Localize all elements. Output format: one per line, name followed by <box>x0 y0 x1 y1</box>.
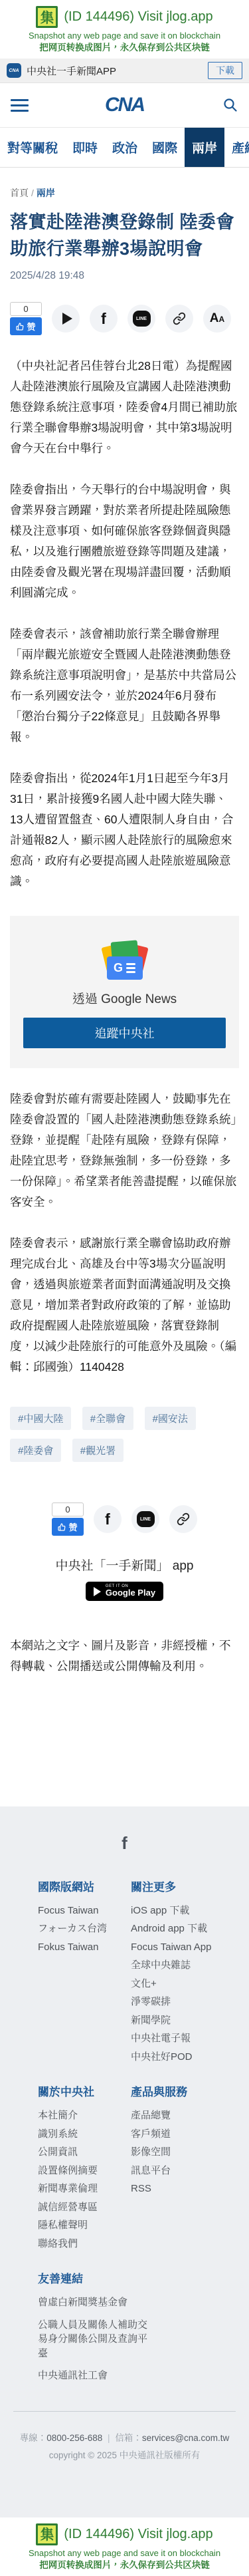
footer-section-title: 友善連結 <box>38 2269 154 2286</box>
thumb-up-icon <box>58 1523 66 1531</box>
footer-link[interactable]: フォーカス台湾 <box>38 1922 131 1936</box>
app-promo-heading: 中央社「一手新聞」 app <box>10 1556 239 1574</box>
google-news-icon: G <box>103 941 147 980</box>
footer-columns: 國際版網站 Focus Taiwan フォーカス台湾 Fokus Taiwan … <box>0 1863 249 2391</box>
follow-cna-button[interactable]: 追蹤中央社 <box>23 1018 226 1048</box>
email-address[interactable]: services@cna.com.tw <box>142 2433 230 2443</box>
article-paragraph: 陸委會表示，該會補助旅行業全聯會辦理「兩岸觀光旅遊安全暨國人赴陸港澳動態登錄系統… <box>10 624 239 748</box>
footer-link[interactable]: 全球中央雜誌 <box>131 1958 249 1973</box>
jlog-subtitle-en: Snapshot any web page and save it on blo… <box>0 31 249 42</box>
footer-link[interactable]: 產品總覽 <box>131 2108 249 2123</box>
article-date: 2025/4/28 19:48 <box>10 270 239 282</box>
font-size-button[interactable]: AA <box>203 305 231 333</box>
site-footer: f 國際版網站 Focus Taiwan フォーカス台湾 Fokus Taiwa… <box>0 1806 249 2517</box>
nav-item-business[interactable]: 產經 <box>224 128 249 167</box>
footer-copyright: copyright © 2025 中央通訊社版權所有 <box>0 2448 249 2461</box>
line-icon: LINE <box>133 311 151 327</box>
nav-item-tariff[interactable]: 對等關稅 <box>0 128 65 167</box>
like-button[interactable]: 赞 <box>52 1518 84 1536</box>
menu-icon[interactable] <box>11 96 29 115</box>
article-paragraph: 陸委會對於確有需要赴陸國人，鼓勵事先在陸委會設置的「國人赴陸港澳動態登錄系統」登… <box>10 1089 239 1213</box>
footer-section-title: 產品與服務 <box>131 2082 249 2099</box>
facebook-icon: f <box>105 1510 110 1528</box>
font-size-icon: AA <box>210 311 224 326</box>
primary-nav: 對等關稅 即時 政治 國際 兩岸 產經 <box>0 127 249 168</box>
article-paragraph: 陸委會表示，感謝旅行業全聯會協助政府辦理完成台北、高雄及台中等3場次分區說明會，… <box>10 1233 239 1377</box>
footer-link[interactable]: Android app 下載 <box>131 1922 249 1936</box>
footer-section-products: 產品與服務 產品總覽 客戶頻道 影像空間 訊息平台 RSS <box>131 2082 249 2255</box>
footer-link[interactable]: iOS app 下載 <box>131 1904 249 1918</box>
jlog-subtitle-zh: 把网页转换成图片，永久保存到公共区块链 <box>0 42 249 54</box>
app-download-button[interactable]: 下載 <box>208 62 242 79</box>
footer-link[interactable]: 中央通訊社工會 <box>38 2368 154 2383</box>
breadcrumb: 首頁/兩岸 <box>10 186 239 200</box>
footer-section-follow: 關注更多 iOS app 下載 Android app 下載 Focus Tai… <box>131 1878 249 2069</box>
google-play-badge[interactable]: GET IT ON Google Play <box>86 1582 163 1600</box>
breadcrumb-separator: / <box>31 188 34 198</box>
tag-federation[interactable]: #全聯會 <box>82 1407 133 1430</box>
footer-section-title: 關於中央社 <box>38 2082 131 2099</box>
hotline-number: 0800-256-688 <box>46 2433 102 2443</box>
ad-placeholder <box>10 1677 239 1806</box>
nav-item-politics[interactable]: 政治 <box>105 128 145 167</box>
footer-link[interactable]: 誠信經營專區 <box>38 2200 131 2215</box>
jlog-banner-top: 集 (ID 144496) Visit jlog.app Snapshot an… <box>0 0 249 59</box>
nav-item-realtime[interactable]: 即時 <box>65 128 105 167</box>
footer-section-friendly-links: 友善連結 曾虛白新聞獎基金會 公職人員及關係人補助交易身分關係公開及查詢平臺 中… <box>38 2269 154 2391</box>
footer-link[interactable]: 識別系統 <box>38 2127 131 2142</box>
breadcrumb-section[interactable]: 兩岸 <box>37 188 55 198</box>
like-count: 0 <box>10 302 42 316</box>
footer-link[interactable]: 新聞學院 <box>131 2013 249 2028</box>
like-label: 赞 <box>27 320 35 333</box>
tag-tourism[interactable]: #觀光署 <box>72 1439 124 1462</box>
footer-link[interactable]: 影像空間 <box>131 2145 249 2160</box>
footer-link[interactable]: Focus Taiwan App <box>131 1940 249 1955</box>
copy-link-button[interactable] <box>165 305 193 333</box>
like-button[interactable]: 赞 <box>10 317 42 335</box>
footer-section-international: 國際版網站 Focus Taiwan フォーカス台湾 Fokus Taiwan <box>38 1878 131 2069</box>
copyright-notice: 本網站之文字、圖片及影音，非經授權，不得轉載、公開播送或公開傳輸及利用。 <box>10 1636 239 1677</box>
line-share-button[interactable]: LINE <box>127 305 155 333</box>
tag-security-law[interactable]: #國安法 <box>145 1407 196 1430</box>
jlog-subtitle-en: Snapshot any web page and save it on blo… <box>0 2548 249 2559</box>
share-row-bottom: 0 赞 f LINE <box>10 1503 239 1536</box>
hotline-label: 專線： <box>20 2433 47 2443</box>
article-paragraph: 陸委會指出，今天舉行的台中場說明會，與會業界發言踴躍，對於業者所提赴陸風險態樣及… <box>10 480 239 603</box>
footer-contact: 專線：0800-256-688 | 信箱：services@cna.com.tw <box>0 2430 249 2444</box>
copy-link-button[interactable] <box>169 1505 197 1533</box>
breadcrumb-home[interactable]: 首頁 <box>10 188 29 198</box>
text-to-speech-button[interactable] <box>52 305 80 333</box>
facebook-share-button[interactable]: f <box>90 305 118 333</box>
footer-link[interactable]: 聯絡我們 <box>38 2237 131 2251</box>
tag-mac[interactable]: #陸委會 <box>10 1439 61 1462</box>
footer-section-title: 關注更多 <box>131 1878 249 1894</box>
footer-link[interactable]: 中央社電子報 <box>131 2031 249 2046</box>
footer-link[interactable]: 文化+ <box>131 1977 249 1991</box>
site-header: CNA <box>0 83 249 127</box>
article-paragraph: （中央社記者呂佳蓉台北28日電）為提醒國人赴陸港澳旅行風險及宣講國人赴陸港澳動態… <box>10 356 239 459</box>
facebook-share-button[interactable]: f <box>94 1505 122 1533</box>
footer-link[interactable]: 客戶頻道 <box>131 2127 249 2142</box>
link-icon <box>173 312 186 325</box>
footer-link[interactable]: 本社簡介 <box>38 2108 131 2123</box>
footer-link[interactable]: Focus Taiwan <box>38 1904 131 1918</box>
nav-item-world[interactable]: 國際 <box>145 128 185 167</box>
like-label: 赞 <box>68 1520 77 1533</box>
footer-link[interactable]: 淨零碳排 <box>131 1995 249 2009</box>
article: 首頁/兩岸 落實赴陸港澳登錄制 陸委會助旅行業舉辦3場說明會 2025/4/28… <box>0 186 249 1806</box>
app-download-bar: CNA 中央社一手新聞APP 下載 <box>0 59 249 83</box>
footer-link[interactable]: 訊息平台 <box>131 2164 249 2178</box>
jlog-subtitle-zh: 把网页转换成图片，永久保存到公共区块链 <box>0 2559 249 2571</box>
google-play-icon <box>94 1587 101 1596</box>
cna-logo[interactable]: CNA <box>105 94 144 116</box>
jlog-badge-icon: 集 <box>36 2523 58 2545</box>
tag-list: #中國大陸 #全聯會 #國安法 #陸委會 #觀光署 <box>10 1407 239 1471</box>
google-news-box: G 透過 Google News 追蹤中央社 <box>10 916 239 1068</box>
footer-link[interactable]: 中央社好POD <box>131 2050 249 2065</box>
app-promo: 中央社「一手新聞」 app GET IT ON Google Play <box>10 1556 239 1600</box>
footer-link[interactable]: 隱私權聲明 <box>38 2218 131 2233</box>
thumb-up-icon <box>16 323 24 331</box>
search-icon[interactable] <box>222 97 238 113</box>
footer-section-title: 國際版網站 <box>38 1878 131 1894</box>
footer-section-about: 關於中央社 本社簡介 識別系統 公開資訊 設置條例摘要 新聞專業倫理 誠信經營專… <box>38 2082 131 2255</box>
cna-app-icon: CNA <box>7 63 21 78</box>
like-widget[interactable]: 0 赞 <box>52 1503 84 1536</box>
jlog-banner-link[interactable]: (ID 144496) Visit jlog.app <box>64 2527 212 2542</box>
google-play-label: Google Play <box>106 1588 155 1598</box>
like-widget[interactable]: 0 赞 <box>10 302 42 335</box>
tag-china[interactable]: #中國大陸 <box>10 1407 71 1430</box>
jlog-banner-link[interactable]: (ID 144496) Visit jlog.app <box>64 9 212 25</box>
article-title: 落實赴陸港澳登錄制 陸委會助旅行業舉辦3場說明會 <box>10 209 239 262</box>
like-count: 0 <box>52 1503 84 1516</box>
line-icon: LINE <box>137 1511 155 1527</box>
google-news-via-label: 透過 Google News <box>23 989 226 1007</box>
jlog-badge-icon: 集 <box>36 6 58 28</box>
footer-link[interactable]: RSS <box>131 2182 249 2196</box>
footer-link[interactable]: 曾虛白新聞獎基金會 <box>38 2295 154 2310</box>
article-paragraph: 陸委會指出，從2024年1月1日起至今年3月31日，累計接獲9名國人赴中國大陸失… <box>10 768 239 892</box>
footer-facebook-icon[interactable]: f <box>0 1833 249 1854</box>
facebook-icon: f <box>101 310 106 328</box>
share-row-top: 0 赞 f LINE AA <box>10 302 239 335</box>
footer-link[interactable]: 公開資訊 <box>38 2145 131 2160</box>
link-icon <box>177 1512 190 1526</box>
footer-link[interactable]: 公職人員及關係人補助交易身分關係公開及查詢平臺 <box>38 2318 154 2361</box>
play-icon <box>62 313 72 325</box>
email-label: 信箱： <box>115 2433 142 2443</box>
line-share-button[interactable]: LINE <box>131 1505 159 1533</box>
app-bar-title: 中央社一手新聞APP <box>27 64 116 78</box>
footer-link[interactable]: Fokus Taiwan <box>38 1940 131 1955</box>
footer-link[interactable]: 新聞專業倫理 <box>38 2182 131 2196</box>
nav-item-cross-strait[interactable]: 兩岸 <box>185 128 224 167</box>
footer-divider <box>13 2411 236 2412</box>
footer-link[interactable]: 設置條例摘要 <box>38 2164 131 2178</box>
jlog-banner-bottom: 集 (ID 144496) Visit jlog.app Snapshot an… <box>0 2517 249 2576</box>
contact-divider: | <box>108 2433 110 2443</box>
